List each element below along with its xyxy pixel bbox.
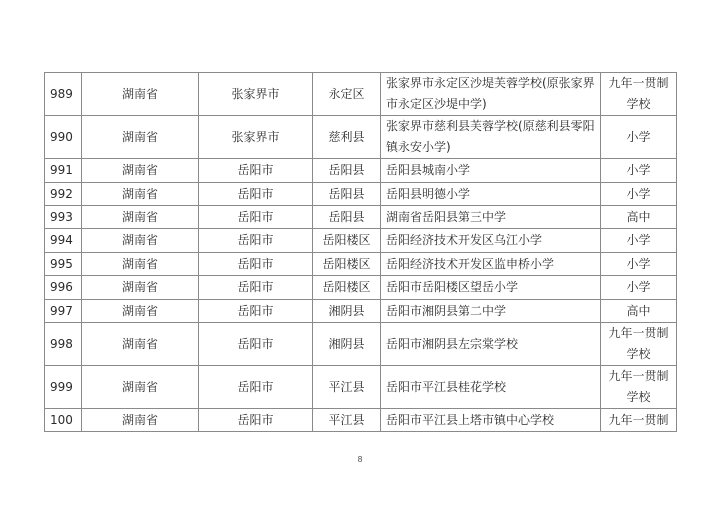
city-cell: 岳阳市	[199, 276, 313, 300]
row-number: 990	[45, 116, 82, 159]
school-type-cell: 九年一贯制学校	[601, 366, 677, 409]
school-type-cell: 九年一贯制	[601, 409, 677, 432]
county-cell: 岳阳县	[313, 183, 381, 206]
row-number: 989	[45, 73, 82, 116]
county-cell: 岳阳楼区	[313, 229, 381, 253]
school-name-cell: 岳阳市湘阴县第二中学	[381, 300, 601, 323]
school-type-cell: 小学	[601, 276, 677, 300]
row-number: 998	[45, 323, 82, 366]
row-number: 995	[45, 253, 82, 276]
row-number: 996	[45, 276, 82, 300]
school-name-cell: 岳阳市湘阴县左宗棠学校	[381, 323, 601, 366]
row-number: 100	[45, 409, 82, 432]
province-cell: 湖南省	[82, 409, 199, 432]
school-type-cell: 九年一贯制学校	[601, 323, 677, 366]
row-number: 994	[45, 229, 82, 253]
city-cell: 岳阳市	[199, 366, 313, 409]
county-cell: 湘阴县	[313, 323, 381, 366]
table-row: 998 湖南省 岳阳市 湘阴县 岳阳市湘阴县左宗棠学校 九年一贯制学校	[45, 323, 677, 366]
school-name-cell: 张家界市永定区沙堤芙蓉学校(原张家界市永定区沙堤中学)	[381, 73, 601, 116]
school-list-table: 989 湖南省 张家界市 永定区 张家界市永定区沙堤芙蓉学校(原张家界市永定区沙…	[44, 72, 677, 432]
city-cell: 岳阳市	[199, 183, 313, 206]
table-row: 991 湖南省 岳阳市 岳阳县 岳阳县城南小学 小学	[45, 159, 677, 183]
school-name-cell: 张家界市慈利县芙蓉学校(原慈利县零阳镇永安小学)	[381, 116, 601, 159]
table-row: 100 湖南省 岳阳市 平江县 岳阳市平江县上塔市镇中心学校 九年一贯制	[45, 409, 677, 432]
table-row: 997 湖南省 岳阳市 湘阴县 岳阳市湘阴县第二中学 高中	[45, 300, 677, 323]
school-type-cell: 小学	[601, 159, 677, 183]
province-cell: 湖南省	[82, 206, 199, 229]
county-cell: 慈利县	[313, 116, 381, 159]
row-number: 991	[45, 159, 82, 183]
province-cell: 湖南省	[82, 366, 199, 409]
county-cell: 永定区	[313, 73, 381, 116]
county-cell: 湘阴县	[313, 300, 381, 323]
school-type-cell: 小学	[601, 116, 677, 159]
province-cell: 湖南省	[82, 276, 199, 300]
row-number: 997	[45, 300, 82, 323]
school-name-cell: 岳阳经济技术开发区乌江小学	[381, 229, 601, 253]
province-cell: 湖南省	[82, 73, 199, 116]
city-cell: 张家界市	[199, 116, 313, 159]
page-number: 8	[352, 455, 368, 464]
county-cell: 岳阳楼区	[313, 253, 381, 276]
province-cell: 湖南省	[82, 159, 199, 183]
school-type-cell: 高中	[601, 300, 677, 323]
row-number: 999	[45, 366, 82, 409]
table-row: 999 湖南省 岳阳市 平江县 岳阳市平江县桂花学校 九年一贯制学校	[45, 366, 677, 409]
school-name-cell: 岳阳县明德小学	[381, 183, 601, 206]
school-name-cell: 岳阳市平江县桂花学校	[381, 366, 601, 409]
city-cell: 岳阳市	[199, 323, 313, 366]
school-name-cell: 岳阳市岳阳楼区望岳小学	[381, 276, 601, 300]
school-type-cell: 九年一贯制学校	[601, 73, 677, 116]
province-cell: 湖南省	[82, 183, 199, 206]
school-name-cell: 岳阳县城南小学	[381, 159, 601, 183]
school-type-cell: 高中	[601, 206, 677, 229]
province-cell: 湖南省	[82, 229, 199, 253]
table-row: 996 湖南省 岳阳市 岳阳楼区 岳阳市岳阳楼区望岳小学 小学	[45, 276, 677, 300]
school-name-cell: 湖南省岳阳县第三中学	[381, 206, 601, 229]
school-type-cell: 小学	[601, 253, 677, 276]
province-cell: 湖南省	[82, 253, 199, 276]
table-row: 993 湖南省 岳阳市 岳阳县 湖南省岳阳县第三中学 高中	[45, 206, 677, 229]
province-cell: 湖南省	[82, 300, 199, 323]
table-row: 992 湖南省 岳阳市 岳阳县 岳阳县明德小学 小学	[45, 183, 677, 206]
table-row: 990 湖南省 张家界市 慈利县 张家界市慈利县芙蓉学校(原慈利县零阳镇永安小学…	[45, 116, 677, 159]
table-row: 989 湖南省 张家界市 永定区 张家界市永定区沙堤芙蓉学校(原张家界市永定区沙…	[45, 73, 677, 116]
school-type-cell: 小学	[601, 183, 677, 206]
county-cell: 岳阳县	[313, 159, 381, 183]
county-cell: 平江县	[313, 409, 381, 432]
school-name-cell: 岳阳经济技术开发区监申桥小学	[381, 253, 601, 276]
county-cell: 岳阳楼区	[313, 276, 381, 300]
city-cell: 岳阳市	[199, 206, 313, 229]
county-cell: 岳阳县	[313, 206, 381, 229]
city-cell: 岳阳市	[199, 409, 313, 432]
city-cell: 岳阳市	[199, 253, 313, 276]
county-cell: 平江县	[313, 366, 381, 409]
school-name-cell: 岳阳市平江县上塔市镇中心学校	[381, 409, 601, 432]
province-cell: 湖南省	[82, 116, 199, 159]
school-type-cell: 小学	[601, 229, 677, 253]
row-number: 992	[45, 183, 82, 206]
document-page: 989 湖南省 张家界市 永定区 张家界市永定区沙堤芙蓉学校(原张家界市永定区沙…	[0, 0, 720, 509]
city-cell: 张家界市	[199, 73, 313, 116]
province-cell: 湖南省	[82, 323, 199, 366]
row-number: 993	[45, 206, 82, 229]
table-row: 995 湖南省 岳阳市 岳阳楼区 岳阳经济技术开发区监申桥小学 小学	[45, 253, 677, 276]
table-row: 994 湖南省 岳阳市 岳阳楼区 岳阳经济技术开发区乌江小学 小学	[45, 229, 677, 253]
city-cell: 岳阳市	[199, 159, 313, 183]
city-cell: 岳阳市	[199, 300, 313, 323]
city-cell: 岳阳市	[199, 229, 313, 253]
